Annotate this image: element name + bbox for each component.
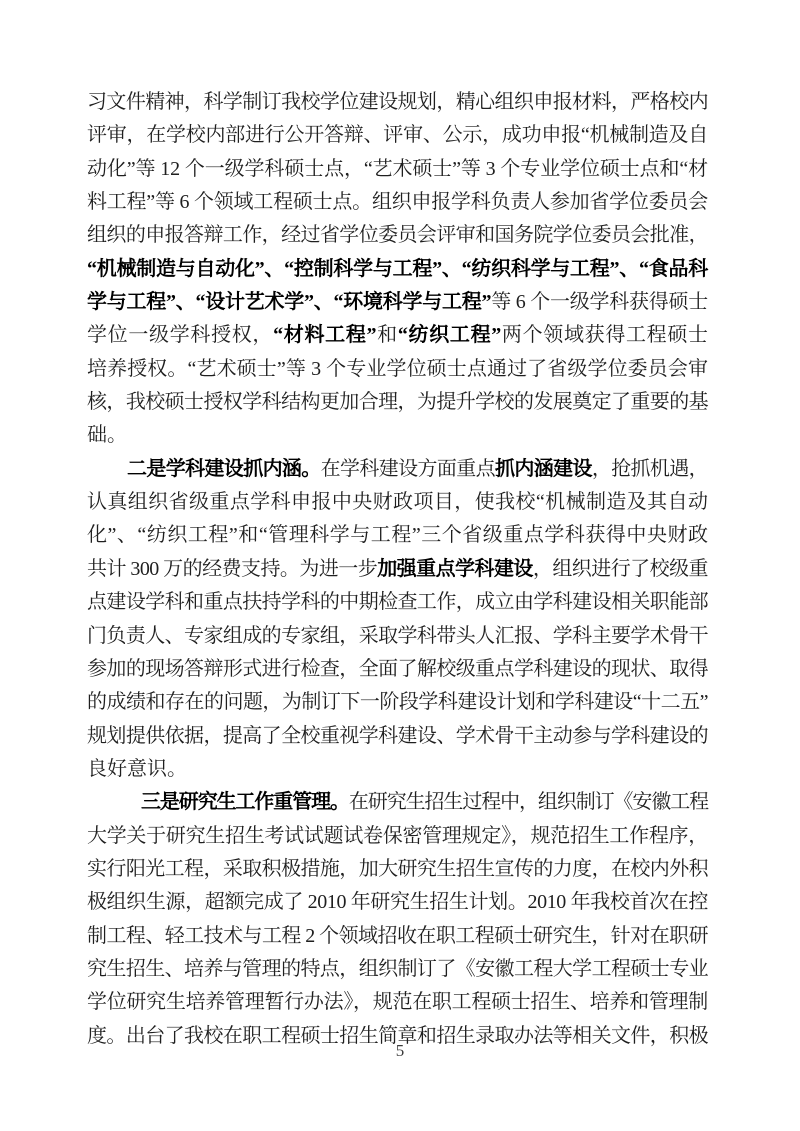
- bold-text-run: 三是研究生工作重管理。: [141, 791, 349, 813]
- text-run: 两个领域获得工程硕士: [501, 324, 708, 346]
- text-line: 评审，在学校内部进行公开答辩、评审、公示，成功申报“机械制造及自: [87, 119, 708, 152]
- text-run: 学位研究生培养管理暂行办法》，规范在职工程硕士招生、培养和管理制: [87, 991, 708, 1013]
- text-run: 等 6 个一级学科获得硕士: [491, 291, 708, 313]
- bold-text-run: 学与工程”、“设计艺术学”、“环境科学与工程”: [87, 291, 491, 313]
- text-line: 习文件精神，科学制订我校学位建设规划，精心组织申报材料，严格校内: [87, 86, 708, 119]
- text-line: 料工程”等 6 个领域工程硕士点。组织申报学科负责人参加省学位委员会: [87, 186, 708, 219]
- text-run: 在学科建设方面重点: [321, 458, 495, 480]
- text-run: 化”、“纺织工程”和“管理科学与工程”三个省级重点学科获得中央财政: [87, 524, 708, 546]
- text-line: 二是学科建设抓内涵。在学科建设方面重点抓内涵建设，抢抓机遇，: [87, 453, 708, 486]
- text-line: 学位研究生培养管理暂行办法》，规范在职工程硕士招生、培养和管理制: [87, 986, 708, 1019]
- text-line: 良好意识。: [87, 753, 708, 786]
- text-run: ，抢抓机遇，: [592, 458, 708, 480]
- text-line: 化”、“纺织工程”和“管理科学与工程”三个省级重点学科获得中央财政: [87, 519, 708, 552]
- text-run: 点建设学科和重点扶持学科的中期检查工作，成立由学科建设相关职能部: [87, 591, 708, 613]
- bold-text-run: 二是学科建设抓内涵。: [127, 458, 321, 480]
- text-run: 大学关于研究生招生考试试题试卷保密管理规定》，规范招生工作程序，: [87, 825, 708, 847]
- text-run: 评审，在学校内部进行公开答辩、评审、公示，成功申报“机械制造及自: [87, 124, 708, 146]
- bold-text-run: 抓内涵建设: [495, 458, 592, 480]
- text-run: 究生招生、培养与管理的特点，组织制订了《安徽工程大学工程硕士专业: [87, 958, 708, 980]
- text-run: 规划提供依据，提高了全校重视学科建设、学术骨干主动参与学科建设的: [87, 725, 708, 747]
- document-body: 习文件精神，科学制订我校学位建设规划，精心组织申报材料，严格校内评审，在学校内部…: [87, 86, 708, 1053]
- text-run: 在研究生招生过程中，组织制订《安徽工程: [349, 791, 708, 813]
- text-run: 和: [377, 324, 398, 346]
- bold-text-run: “材料工程”: [273, 324, 376, 346]
- text-line: 的成绩和存在的问题，为制订下一阶段学科建设计划和学科建设“十二五”: [87, 686, 708, 719]
- text-line: 大学关于研究生招生考试试题试卷保密管理规定》，规范招生工作程序，: [87, 820, 708, 853]
- text-run: 习文件精神，科学制订我校学位建设规划，精心组织申报材料，严格校内: [87, 91, 708, 113]
- page-number: 5: [0, 1040, 800, 1062]
- text-run: 础。: [87, 424, 127, 446]
- text-line: 组织的申报答辩工作，经过省学位委员会评审和国务院学位委员会批准，: [87, 219, 708, 252]
- text-line: 三是研究生工作重管理。在研究生招生过程中，组织制订《安徽工程: [87, 786, 708, 819]
- text-line: “机械制造与自动化”、“控制科学与工程”、“纺织科学与工程”、“食品科: [87, 253, 708, 286]
- text-line: 究生招生、培养与管理的特点，组织制订了《安徽工程大学工程硕士专业: [87, 953, 708, 986]
- text-run: 动化”等 12 个一级学科硕士点，“艺术硕士”等 3 个专业学位硕士点和“材: [87, 158, 708, 180]
- text-run: 实行阳光工程，采取积极措施，加大研究生招生宣传的力度，在校内外积: [87, 858, 708, 880]
- text-run: 良好意识。: [87, 758, 187, 780]
- bold-text-run: “纺织工程”: [398, 324, 501, 346]
- text-line: 核，我校硕士授权学科结构更加合理，为提升学校的发展奠定了重要的基: [87, 386, 708, 419]
- bold-text-run: “机械制造与自动化”、“控制科学与工程”、“纺织科学与工程”、“食品科: [87, 258, 708, 280]
- text-run: 极组织生源，超额完成了 2010 年研究生招生计划。2010 年我校首次在控: [87, 891, 708, 913]
- text-run: 制工程、轻工技术与工程 2 个领域招收在职工程硕士研究生，针对在职研: [87, 925, 708, 947]
- text-run: 培养授权。“艺术硕士”等 3 个专业学位硕士点通过了省级学位委员会审: [87, 358, 708, 380]
- text-line: 实行阳光工程，采取积极措施，加大研究生招生宣传的力度，在校内外积: [87, 853, 708, 886]
- text-line: 规划提供依据，提高了全校重视学科建设、学术骨干主动参与学科建设的: [87, 720, 708, 753]
- text-run: 门负责人、专家组成的专家组，采取学科带头人汇报、学科主要学术骨干: [87, 625, 708, 647]
- text-line: 制工程、轻工技术与工程 2 个领域招收在职工程硕士研究生，针对在职研: [87, 920, 708, 953]
- text-line: 门负责人、专家组成的专家组，采取学科带头人汇报、学科主要学术骨干: [87, 620, 708, 653]
- text-line: 学与工程”、“设计艺术学”、“环境科学与工程”等 6 个一级学科获得硕士: [87, 286, 708, 319]
- text-run: 的成绩和存在的问题，为制订下一阶段学科建设计划和学科建设“十二五”: [87, 691, 708, 713]
- text-run: 共计 300 万的经费支持。为进一步: [87, 558, 377, 580]
- text-line: 动化”等 12 个一级学科硕士点，“艺术硕士”等 3 个专业学位硕士点和“材: [87, 153, 708, 186]
- text-line: 点建设学科和重点扶持学科的中期检查工作，成立由学科建设相关职能部: [87, 586, 708, 619]
- text-run: 料工程”等 6 个领域工程硕士点。组织申报学科负责人参加省学位委员会: [87, 191, 708, 213]
- text-line: 培养授权。“艺术硕士”等 3 个专业学位硕士点通过了省级学位委员会审: [87, 353, 708, 386]
- document-page: 习文件精神，科学制订我校学位建设规划，精心组织申报材料，严格校内评审，在学校内部…: [0, 0, 800, 1131]
- text-run: 学位一级学科授权，: [87, 324, 273, 346]
- text-line: 础。: [87, 419, 708, 452]
- text-run: 核，我校硕士授权学科结构更加合理，为提升学校的发展奠定了重要的基: [87, 391, 708, 413]
- text-run: ，组织进行了校级重: [533, 558, 708, 580]
- text-run: 参加的现场答辩形式进行检查，全面了解校级重点学科建设的现状、取得: [87, 658, 708, 680]
- text-line: 参加的现场答辩形式进行检查，全面了解校级重点学科建设的现状、取得: [87, 653, 708, 686]
- text-line: 共计 300 万的经费支持。为进一步加强重点学科建设，组织进行了校级重: [87, 553, 708, 586]
- text-line: 学位一级学科授权，“材料工程”和“纺织工程”两个领域获得工程硕士: [87, 319, 708, 352]
- text-line: 极组织生源，超额完成了 2010 年研究生招生计划。2010 年我校首次在控: [87, 886, 708, 919]
- text-line: 认真组织省级重点学科申报中央财政项目，使我校“机械制造及其自动: [87, 486, 708, 519]
- text-run: 组织的申报答辩工作，经过省学位委员会评审和国务院学位委员会批准，: [87, 224, 708, 246]
- bold-text-run: 加强重点学科建设: [377, 558, 533, 580]
- text-run: 认真组织省级重点学科申报中央财政项目，使我校“机械制造及其自动: [87, 491, 708, 513]
